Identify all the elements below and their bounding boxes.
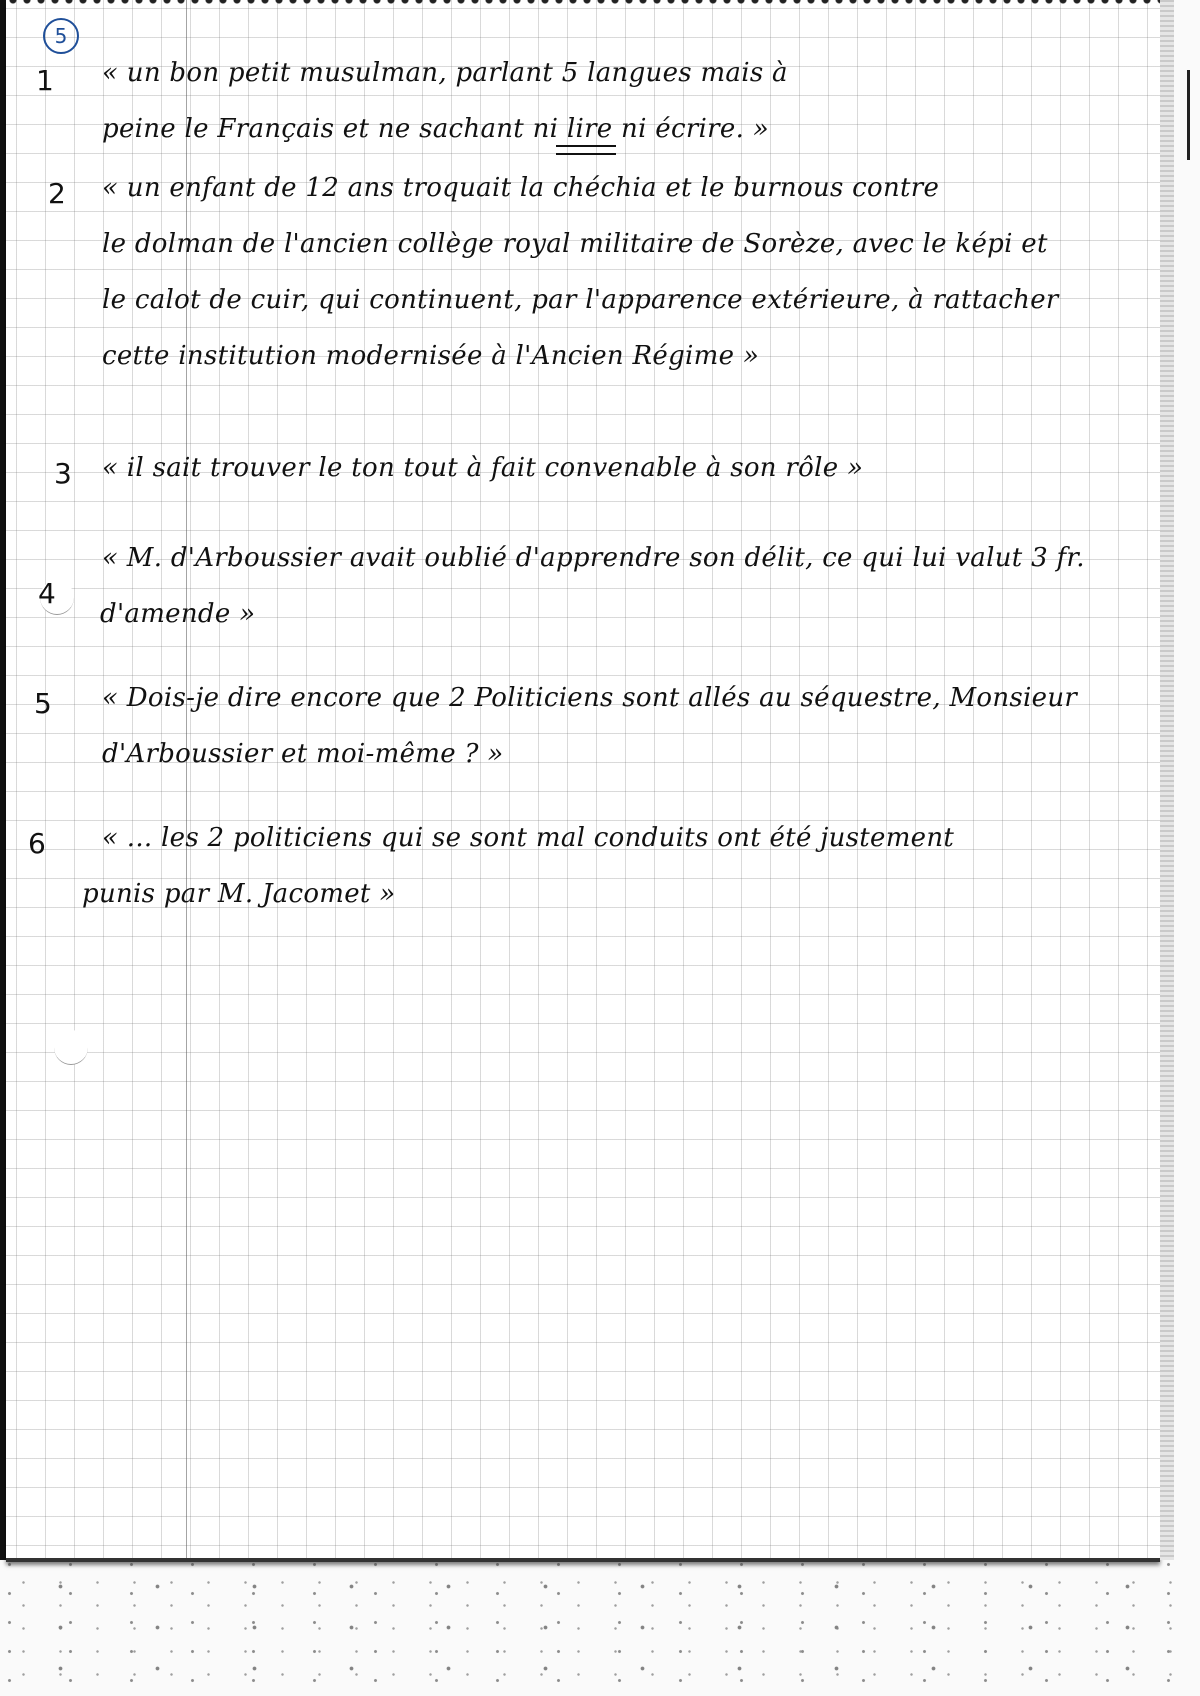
quote-number: 4 — [38, 566, 56, 622]
quote-line: « il sait trouver le ton tout à fait con… — [102, 440, 1122, 496]
scan-noise — [0, 1562, 1200, 1696]
page-number-circled: 5 — [43, 18, 79, 54]
quote-line: d'amende » — [100, 586, 1122, 642]
quote-number: 2 — [48, 166, 66, 222]
punch-hole — [54, 1030, 88, 1065]
notebook-sheet: 5 1 « un bon petit musulman, parlant 5 l… — [6, 0, 1160, 1562]
quote-number: 6 — [28, 816, 46, 872]
quote-line: punis par M. Jacomet » — [82, 866, 1122, 922]
sheet-right-edge — [1160, 0, 1174, 1560]
quote-line: « Dois-je dire encore que 2 Politiciens … — [102, 670, 1122, 726]
quote-line: cette institution modernisée à l'Ancien … — [102, 328, 1122, 384]
quote-line: « M. d'Arboussier avait oublié d'apprend… — [102, 530, 1122, 586]
quote-number: 5 — [34, 676, 52, 732]
quote-number: 3 — [54, 446, 72, 502]
quote-line: « un bon petit musulman, parlant 5 langu… — [102, 45, 1122, 101]
perforation-edge — [6, 0, 1160, 8]
quote-line: le calot de cuir, qui continuent, par l'… — [102, 272, 1122, 328]
quote-line: peine le Français et ne sachant ni lire … — [102, 101, 1122, 157]
quote-line: d'Arboussier et moi-même ? » — [102, 726, 1122, 782]
quote-line: « ... les 2 politiciens qui se sont mal … — [102, 810, 1122, 866]
quote-line: le dolman de l'ancien collège royal mili… — [102, 216, 1122, 272]
quote-number: 1 — [36, 53, 54, 109]
quote-line: « un enfant de 12 ans troquait la chéchi… — [102, 160, 1122, 216]
scan-edge-mark — [1187, 70, 1190, 160]
